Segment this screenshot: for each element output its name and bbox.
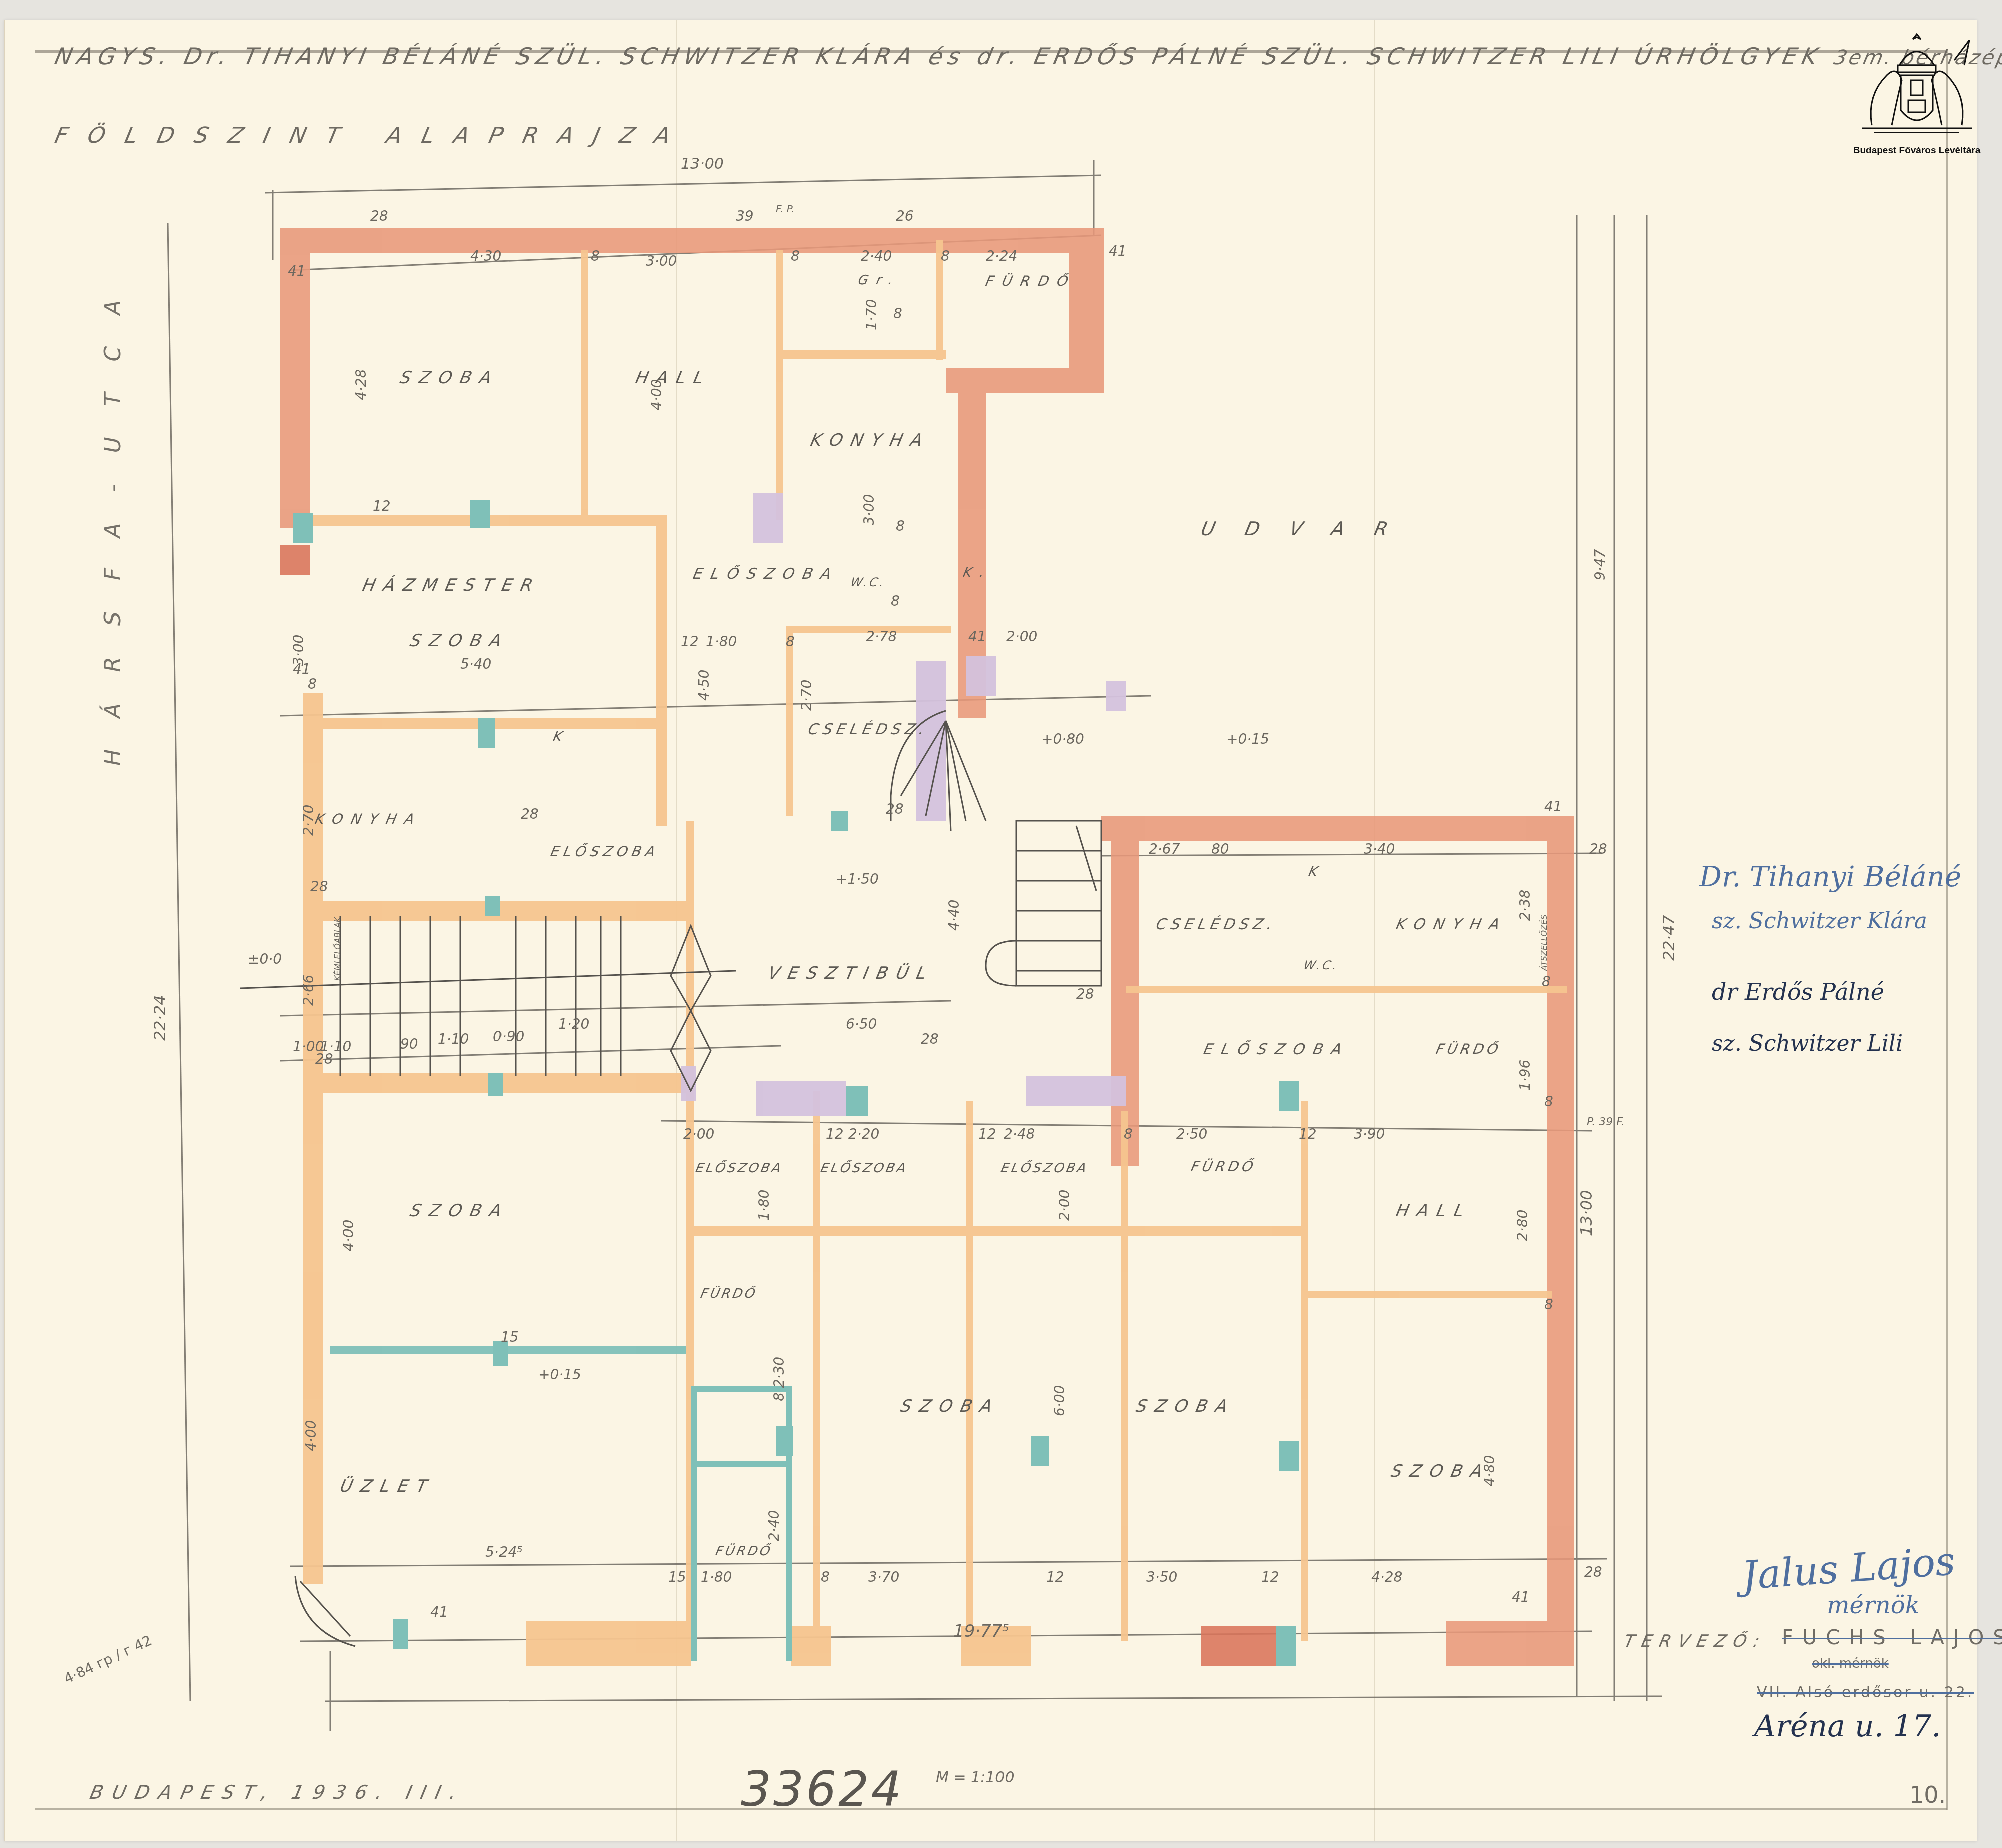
street-label: HÁRSFA-UTCA	[100, 269, 126, 766]
dimension: ÁTSZELLŐZÉS	[1539, 915, 1549, 971]
dimension: 4·00	[340, 1220, 357, 1251]
room-label: SZOBA	[408, 1201, 512, 1221]
level-marker: +0·80	[1041, 731, 1084, 747]
dimension: 8	[821, 1569, 830, 1585]
dimension: 6·00	[1051, 1385, 1068, 1416]
dimension: 2·50	[1176, 1126, 1207, 1142]
dimension: 8 2·30	[771, 1357, 787, 1401]
dimension: 26	[896, 208, 914, 224]
dimension-overall: 22·47	[1659, 915, 1678, 961]
dimension: 13·00	[681, 155, 724, 173]
dimension: 8	[791, 248, 800, 264]
dimension: 1·20	[558, 1016, 589, 1032]
owner-line: dr Erdős Pálné	[1712, 978, 1884, 1005]
dimension: 28	[1076, 986, 1094, 1002]
level-marker: +0·15	[538, 1366, 581, 1383]
dimension: 8	[941, 248, 950, 264]
dimension: 12	[1046, 1569, 1064, 1585]
dimension: 90	[400, 1036, 418, 1052]
dimension-overall: 19·77⁵	[953, 1621, 1009, 1641]
dimension: 3·00	[646, 253, 677, 269]
dimension: 8	[893, 305, 902, 322]
dimension: 41	[968, 628, 986, 645]
dimension: 5·40	[460, 656, 491, 672]
dimension: 8	[1544, 1093, 1553, 1110]
address-text: VII. Alsó erdősor-u. 22.	[1757, 1684, 1974, 1701]
dimension: 3·00	[861, 494, 877, 525]
dimension-overall: 22·24	[150, 995, 169, 1041]
room-label: W.C.	[1302, 958, 1340, 972]
dimension: 2·70	[798, 680, 815, 711]
dimension: 2·38	[1517, 890, 1533, 921]
dimension: 5·24⁵	[485, 1544, 523, 1560]
dimension: 4·00	[303, 1420, 319, 1451]
designer-address-struck: VII. Alsó erdősor-u. 22.	[1757, 1684, 1974, 1701]
place-date: BUDAPEST, 1936. III.	[88, 1781, 467, 1803]
dimension: 12	[681, 633, 699, 650]
dimension: 28	[521, 806, 539, 822]
dimension: 8	[308, 676, 317, 692]
dimension: F. P.	[776, 203, 794, 215]
dimension: 4·00	[648, 379, 665, 410]
dimension: P. 39 F.	[1587, 1116, 1625, 1128]
dimension: 2·78	[866, 628, 897, 645]
shop-corner-door	[295, 1576, 355, 1646]
dimension: 12	[978, 1126, 996, 1142]
room-label: VESZTIBÜL	[766, 963, 936, 983]
dimension: 28	[1589, 841, 1607, 857]
dimension: 28	[1584, 1564, 1602, 1580]
room-label: KONYHA	[1394, 916, 1510, 933]
dimension: 15	[668, 1569, 686, 1585]
dimension: 41	[1109, 243, 1127, 259]
dimension: 8	[591, 248, 600, 264]
dimension: 2·67	[1149, 841, 1180, 857]
dimension: 1·70	[863, 299, 880, 330]
room-label: FÜRDŐ	[699, 1286, 759, 1301]
owner-line: sz. Schwitzer Klára	[1712, 908, 1927, 934]
scale-label: M = 1:100	[936, 1769, 1015, 1786]
dimension: 2·40	[861, 248, 892, 264]
dimension: 1·80	[756, 1190, 772, 1221]
room-label: KONYHA	[809, 430, 933, 450]
dimension: 2·24	[986, 248, 1017, 264]
dimension: 3·40	[1364, 841, 1395, 857]
dimension: 8	[896, 518, 905, 534]
dimension: 8	[1124, 1126, 1133, 1142]
level-marker: +0·15	[1226, 731, 1269, 747]
dimension: 41	[293, 661, 311, 677]
dimension: 4·40	[946, 900, 962, 931]
room-label: ELŐSZOBA	[691, 565, 841, 583]
room-label: ELŐSZOBA	[819, 1161, 909, 1176]
dimension: 41	[430, 1604, 448, 1620]
room-label: ELŐSZOBA	[1202, 1041, 1351, 1058]
room-label: ELŐSZOBA	[999, 1161, 1090, 1176]
dimension: 12	[1299, 1126, 1317, 1142]
room-label: ELŐSZOBA	[694, 1161, 784, 1176]
dimension: 12	[826, 1126, 844, 1142]
dimension: 41	[1512, 1589, 1530, 1605]
room-label: CSELÉDSZ.	[1154, 916, 1278, 933]
room-label: ÜZLET	[338, 1476, 437, 1496]
dimension: 13·00	[1577, 1190, 1596, 1236]
dimension: 28	[921, 1031, 939, 1047]
room-label: W.C.	[849, 575, 887, 589]
level-marker: +1·50	[836, 871, 879, 887]
dimension: 28	[315, 1051, 333, 1067]
dimension: 41	[1544, 798, 1562, 815]
dimension: 8	[1542, 973, 1551, 990]
room-label: FÜRDŐ	[714, 1544, 774, 1559]
dimension: 0·90	[493, 1028, 524, 1045]
dimension: 41	[288, 263, 306, 279]
dimension: 2·80	[1514, 1210, 1531, 1241]
room-label: SZOBA	[1389, 1461, 1493, 1481]
courtyard-label: UDVAR	[1199, 518, 1420, 540]
dimension: 4·28	[1371, 1569, 1402, 1585]
room-label: Gr.	[857, 273, 902, 288]
designer-signature-title: mérnök	[1827, 1591, 1920, 1619]
sheet-number: 10.	[1909, 1781, 1946, 1808]
dimension: 2·20	[848, 1126, 879, 1142]
dimension: 3·70	[868, 1569, 899, 1585]
level-marker: ±0·0	[248, 951, 282, 967]
room-label: SZOBA	[899, 1396, 1003, 1416]
dimension: 4·50	[696, 670, 712, 701]
dimension: 3·90	[1354, 1126, 1385, 1142]
room-label: HALL	[1394, 1201, 1474, 1221]
dimension: 8	[1544, 1296, 1553, 1313]
owner-line: Dr. Tihanyi Béláné	[1699, 861, 1961, 893]
dimension: 80	[1211, 841, 1229, 857]
dimension: 2·00	[683, 1126, 714, 1142]
interior-walls	[303, 240, 1567, 1666]
room-label: FÜRDŐ	[984, 273, 1078, 289]
dimension: 4·80	[1481, 1455, 1498, 1486]
dimension: 2·66	[300, 975, 317, 1006]
dimension: 8	[786, 633, 795, 650]
dimension: 1·80	[706, 633, 737, 650]
designer-label: TERVEZŐ:	[1622, 1631, 1769, 1651]
dimension: 1·10	[438, 1031, 469, 1047]
dimension: 9·47	[1592, 549, 1608, 580]
room-label: SZOBA	[398, 368, 502, 388]
dimension: 4·28	[353, 369, 369, 400]
dimension: 1·80	[701, 1569, 732, 1585]
dimension: 12	[373, 498, 391, 514]
dimension: 28	[310, 878, 328, 895]
dimension: 39	[736, 208, 754, 224]
room-label: K	[1307, 863, 1327, 880]
designer-name-struck: FUCHS LAJOS	[1782, 1626, 2002, 1649]
dimension: 28	[886, 801, 904, 817]
room-label: HÁZMESTER	[361, 575, 543, 595]
dimension: 12	[1261, 1569, 1279, 1585]
designer-address-new: Aréna u. 17.	[1754, 1709, 1941, 1744]
owner-line: sz. Schwitzer Lili	[1712, 1031, 1903, 1056]
room-label: FÜRDŐ	[1189, 1158, 1258, 1175]
dimension: 6·50	[846, 1016, 877, 1032]
room-label: SZOBA	[408, 631, 512, 651]
dimension: 1·96	[1517, 1060, 1533, 1091]
designer-title-struck: okl. mérnök	[1812, 1656, 1889, 1671]
room-label: K.	[962, 565, 994, 580]
dimension: 2·40	[766, 1510, 782, 1541]
dimension: 8	[891, 593, 900, 609]
dimension: KÉMLELŐABLAK	[333, 917, 342, 981]
dimension: 2·48	[1004, 1126, 1035, 1142]
room-label: FÜRDŐ	[1434, 1041, 1503, 1057]
dimension: 2·00	[1056, 1190, 1073, 1221]
dimension: 28	[370, 208, 388, 224]
dimension: 4·30	[470, 248, 502, 264]
room-label: ELŐSZOBA	[549, 843, 661, 860]
dimension: 2·00	[1006, 628, 1037, 645]
room-label: K	[551, 728, 572, 745]
room-label: KONYHA	[313, 811, 424, 827]
room-label: HALL	[634, 368, 713, 388]
room-label: CSELÉDSZ.	[806, 721, 930, 738]
dimension: 15	[500, 1329, 519, 1345]
dimension: 3·50	[1146, 1569, 1177, 1585]
archive-number: 33624	[741, 1761, 903, 1817]
room-label: SZOBA	[1134, 1396, 1238, 1416]
dimension: 2·70	[300, 805, 317, 836]
